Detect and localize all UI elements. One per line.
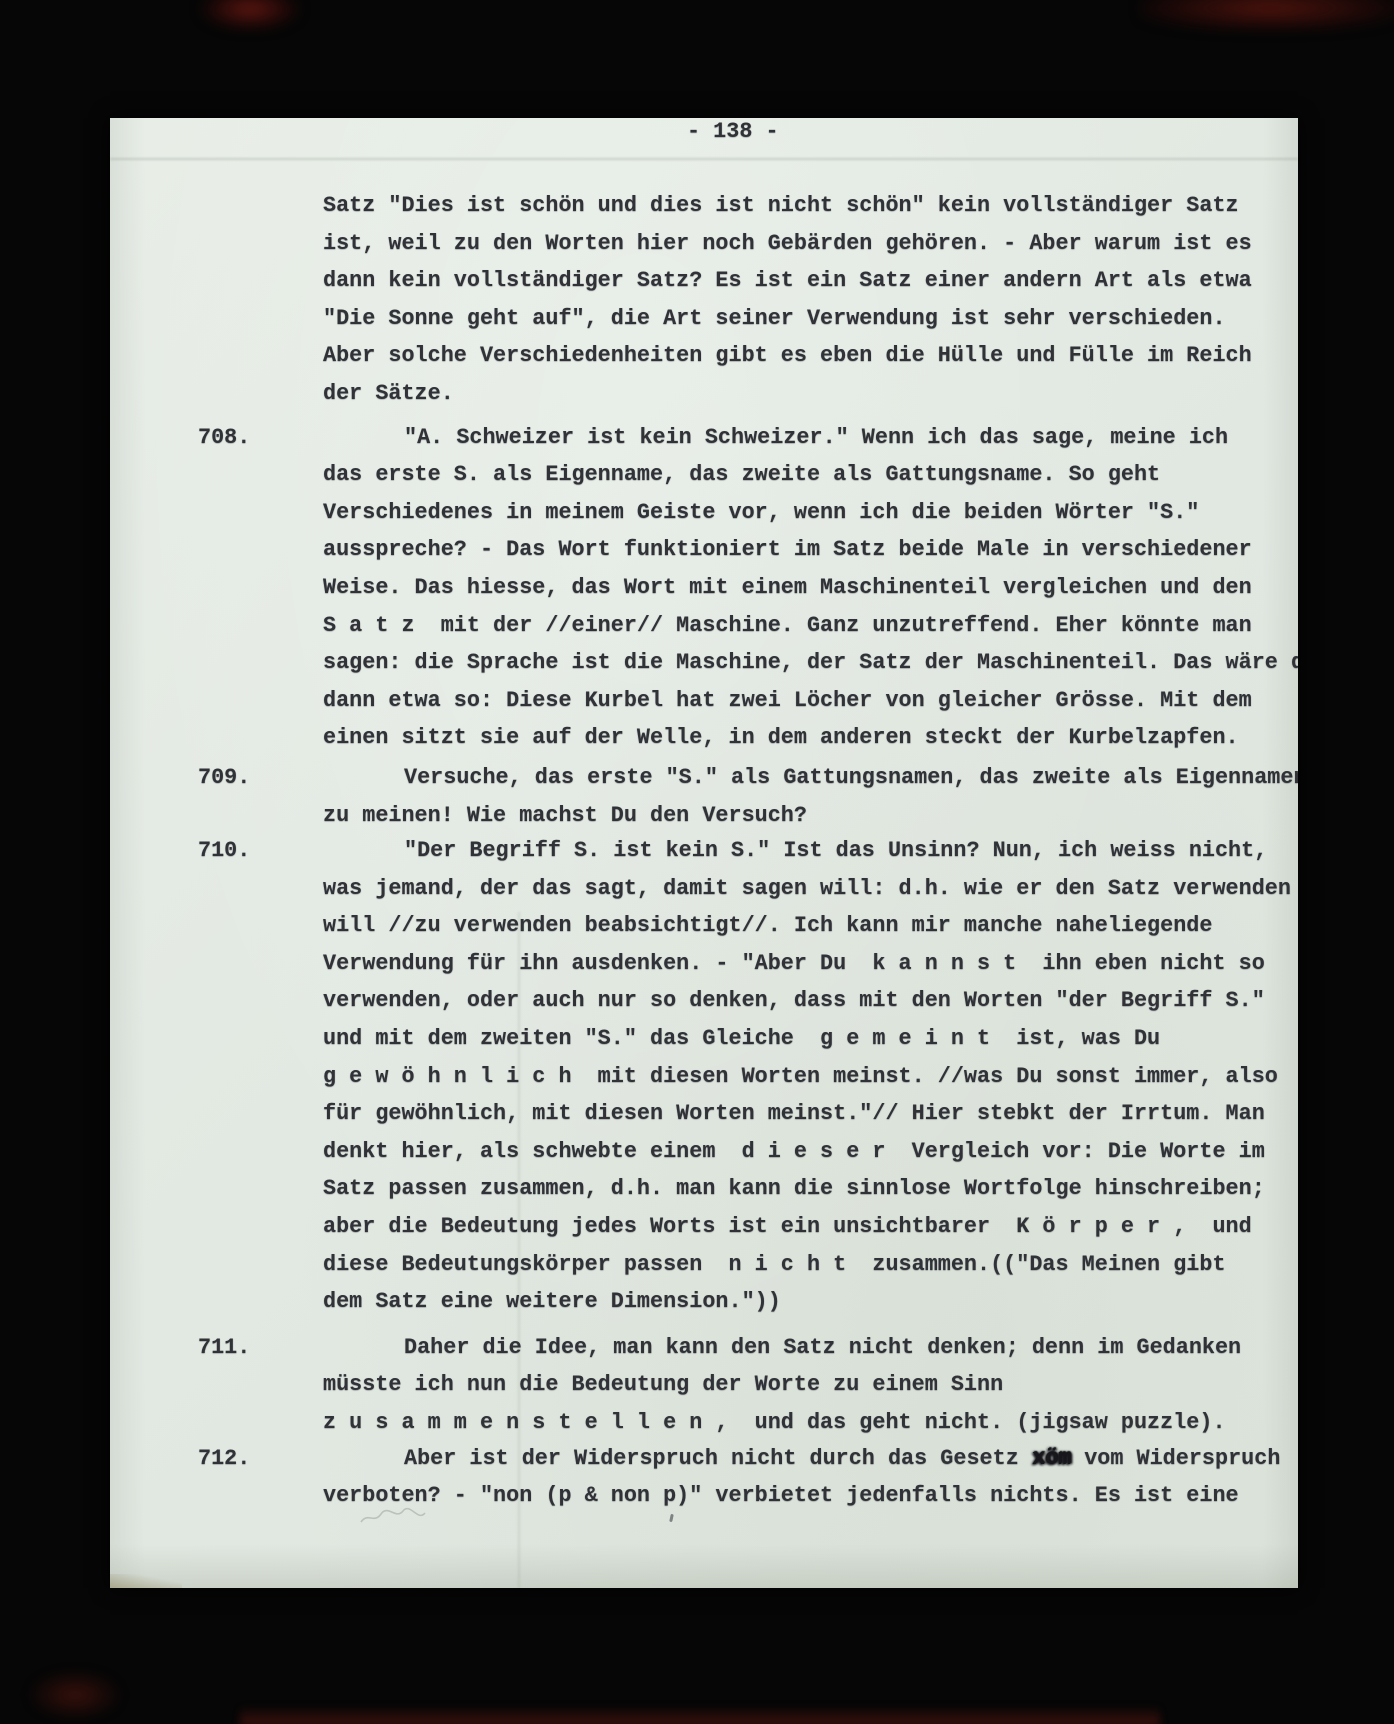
- section-number: 712.: [198, 1440, 250, 1478]
- paragraph: 712.Aber ist der Widerspruch nicht durch…: [323, 1440, 1298, 1515]
- text-line: S a t z mit der //einer// Maschine. Ganz…: [323, 607, 1298, 645]
- text-line: für gewöhnlich, mit diesen Worten meinst…: [323, 1095, 1298, 1133]
- text-line: aber die Bedeutung jedes Worts ist ein u…: [323, 1208, 1298, 1246]
- document-page: - 138 - Satz "Dies ist schön und dies is…: [110, 118, 1298, 1588]
- scan-smudge-top-right: [1140, 0, 1394, 30]
- paragraph: 711.Daher die Idee, man kann den Satz ni…: [323, 1329, 1298, 1442]
- text-line: zu meinen! Wie machst Du den Versuch?: [323, 797, 1298, 835]
- text-segment: vom Widerspruch: [1071, 1446, 1280, 1471]
- paragraph: 708."A. Schweizer ist kein Schweizer." W…: [323, 419, 1298, 757]
- text-line: ist, weil zu den Worten hier noch Gebärd…: [323, 225, 1298, 263]
- paragraph: 709.Versuche, das erste "S." als Gattung…: [323, 759, 1298, 834]
- text-line: der Sätze.: [323, 375, 1298, 413]
- text-line: diese Bedeutungskörper passen n i c h t …: [323, 1246, 1298, 1284]
- paragraph: Satz "Dies ist schön und dies ist nicht …: [323, 187, 1298, 413]
- page-text: Satz "Dies ist schön und dies ist nicht …: [323, 187, 1298, 1515]
- text-line: einen sitzt sie auf der Welle, in dem an…: [323, 719, 1298, 757]
- text-segment: Aber ist der Widerspruch nicht durch das…: [404, 1446, 1032, 1471]
- text-line: Verschiedenes in meinem Geiste vor, wenn…: [323, 494, 1298, 532]
- scan-smudge-top-left: [200, 0, 300, 30]
- text-line: müsste ich nun die Bedeutung der Worte z…: [323, 1366, 1298, 1404]
- paragraph: 710."Der Begriff S. ist kein S." Ist das…: [323, 832, 1298, 1321]
- section-number: 708.: [198, 419, 250, 457]
- text-line: verboten? - "non (p & non p)" verbietet …: [323, 1477, 1298, 1515]
- section-number: 711.: [198, 1329, 250, 1367]
- text-line: Verwendung für ihn ausdenken. - "Aber Du…: [323, 945, 1298, 983]
- text-line: z u s a m m e n s t e l l e n , und das …: [323, 1404, 1298, 1442]
- text-line: ausspreche? - Das Wort funktioniert im S…: [323, 531, 1298, 569]
- text-line: dann kein vollständiger Satz? Es ist ein…: [323, 262, 1298, 300]
- text-line: das erste S. als Eigenname, das zweite a…: [323, 456, 1298, 494]
- text-line: Versuche, das erste "S." als Gattungsnam…: [323, 759, 1298, 797]
- text-line: was jemand, der das sagt, damit sagen wi…: [323, 870, 1298, 908]
- text-line: sagen: die Sprache ist die Maschine, der…: [323, 644, 1298, 682]
- text-line: "Die Sonne geht auf", die Art seiner Ver…: [323, 300, 1298, 338]
- text-line: und mit dem zweiten "S." das Gleiche g e…: [323, 1020, 1298, 1058]
- text-line: Weise. Das hiesse, das Wort mit einem Ma…: [323, 569, 1298, 607]
- text-line: g e w ö h n l i c h mit diesen Worten me…: [323, 1058, 1298, 1096]
- text-line: "A. Schweizer ist kein Schweizer." Wenn …: [323, 419, 1298, 457]
- text-line: dann etwa so: Diese Kurbel hat zwei Löch…: [323, 682, 1298, 720]
- scan-smudge-bottom-left: [30, 1672, 120, 1718]
- section-number: 710.: [198, 832, 250, 870]
- stray-ink-mark: [669, 1514, 674, 1522]
- text-line: Aber ist der Widerspruch nicht durch das…: [323, 1440, 1298, 1478]
- text-line: Aber solche Verschiedenheiten gibt es eb…: [323, 337, 1298, 375]
- scanned-document-view: { "page": { "page_number": "- 138 -", "c…: [0, 0, 1394, 1724]
- text-line: "Der Begriff S. ist kein S." Ist das Uns…: [323, 832, 1298, 870]
- text-line: Satz passen zusammen, d.h. man kann die …: [323, 1170, 1298, 1208]
- text-line: will //zu verwenden beabsichtigt//. Ich …: [323, 907, 1298, 945]
- text-line: dem Satz eine weitere Dimension.")): [323, 1283, 1298, 1321]
- scan-smudge-bottom-edge: [240, 1706, 1160, 1724]
- text-line: Satz "Dies ist schön und dies ist nicht …: [323, 187, 1298, 225]
- text-line: verwenden, oder auch nur so denken, dass…: [323, 982, 1298, 1020]
- text-line: Daher die Idee, man kann den Satz nicht …: [323, 1329, 1298, 1367]
- section-number: 709.: [198, 759, 250, 797]
- paper-crease-horizontal: [110, 158, 1298, 160]
- page-number: - 138 -: [687, 118, 779, 151]
- paper-corner-fold: [110, 1574, 182, 1588]
- text-line: denkt hier, als schwebte einem d i e s e…: [323, 1133, 1298, 1171]
- overstrike-blot: xöm: [1032, 1446, 1071, 1471]
